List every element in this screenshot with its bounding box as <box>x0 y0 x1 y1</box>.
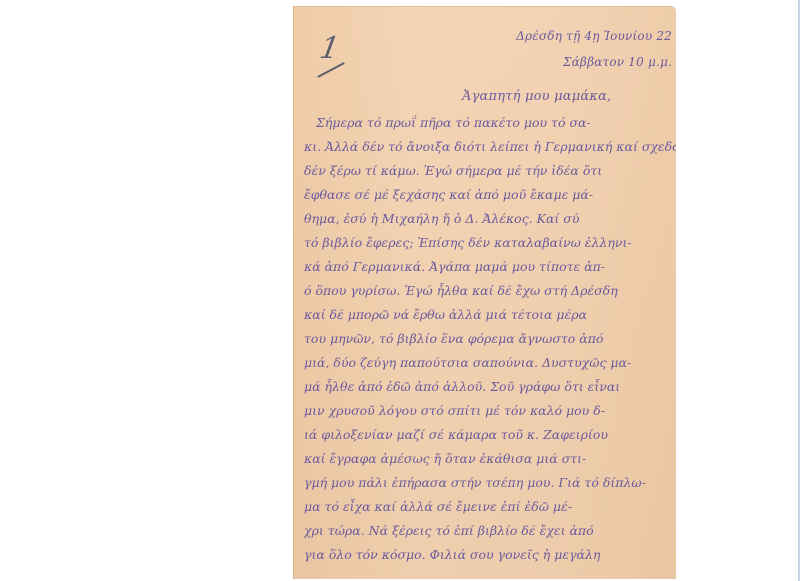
body-line: μιν χρυσοῦ λόγου στό σπίτι μέ τόν καλό μ… <box>304 403 676 418</box>
body-line: καί δέ μπορῶ νά ἔρθω ἀλλά μιά τέτοια μέρ… <box>304 307 676 322</box>
body-line: ἔφθασε σέ μέ ξεχάσης καί ἀπό μοῦ ἔκαμε μ… <box>304 187 676 202</box>
body-line: μά ἦλθε ἀπό ἐδῶ ἀπό ἀλλοῦ. Σοῦ γράφω ὅτι… <box>304 379 676 394</box>
body-line: για ὅλο τόν κόσμο. Φιλιά σου γονεῖς ἡ με… <box>304 547 676 562</box>
body-line: μιά, δύο ζεύγη παπούτσια σαπούνια. Δυστυ… <box>304 355 676 370</box>
body-line: ιά φιλοξενίαν μαζί σέ κάμαρα τοῦ κ. Ζαφε… <box>304 427 676 442</box>
body-line: χρι τώρα. Νά ξέρεις τό ἐπί βιβλίο δέ ἔχε… <box>304 523 676 538</box>
body-line: καί ἔγραφα ἀμέσως ἤ ὅταν ἐκάθισα μιά στι… <box>304 451 676 466</box>
salutation: Ἀγαπητή μου μαμάκα, <box>462 89 611 104</box>
body-line: ό ὅπου γυρίσω. Ἐγώ ἦλθα καί δέ ἔχω στή Δ… <box>304 283 676 298</box>
letter-page: 1 Δρέσδη τῇ 4ῃ Ἰουνίου 22 Σάββατον 10 μ.… <box>293 6 676 579</box>
body-line: κι. Ἀλλά δέν τό ἄνοιξα διότι λείπει ἡ Γε… <box>304 139 676 154</box>
body-line: του μηνῶν, τό βιβλίο ἕνα φόρεμα ἄγνωστο … <box>304 331 676 346</box>
body-line: Σήμερα τό πρωΐ πῆρα τό πακέτο μου τό σα- <box>316 115 676 130</box>
body-line: δέν ξέρω τί κάμω. Ἐγώ σήμερα μέ τήν ἰδέα… <box>304 163 676 178</box>
body-line: κά ἀπό Γερμανικά. Ἀγάπα μαμά μου τίποτε … <box>304 259 676 274</box>
time-line: Σάββατον 10 μ.μ. <box>563 55 672 69</box>
body-line: μα τό εἶχα καί ἀλλά σέ ἔμεινε ἐπί ἐδῶ μέ… <box>304 499 676 514</box>
date-line: Δρέσδη τῇ 4ῃ Ἰουνίου 22 <box>516 29 672 43</box>
body-line: θημα, ἐσύ ἡ Μιχαήλη ἤ ὁ Δ. Ἀλέκος. Καί σ… <box>304 211 676 226</box>
page-number: 1 <box>317 31 342 66</box>
body-line: γμή μου πάλι ἐπήρασα στήν τσέπη μου. Γιά… <box>304 475 676 490</box>
body-line: τό βιβλίο ἔφερες; Ἐπίσης δέν καταλαβαίνω… <box>304 235 676 250</box>
